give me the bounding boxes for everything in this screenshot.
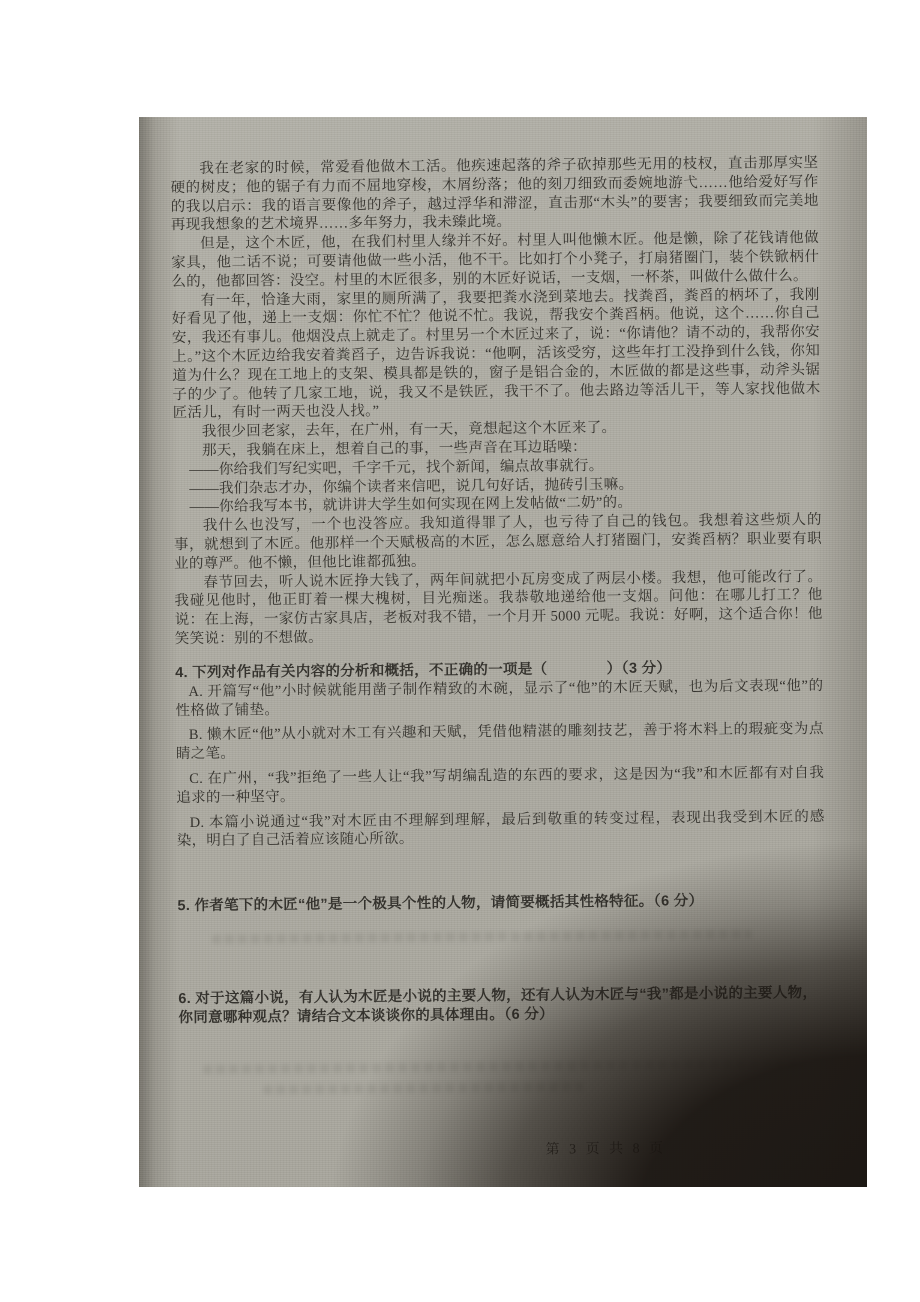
- bleed-through-smudge: [203, 1059, 803, 1074]
- passage-paragraph: 我在老家的时候，常爱看他做木工活。他疾速起落的斧子砍掉那些无用的枝杈，直击那厚实…: [170, 154, 819, 235]
- bleed-through-smudge: [263, 1082, 583, 1094]
- question-5: 5. 作者笔下的木匠“他”是一个极具个性的人物，请简要概括其性格特征。（6 分）: [177, 891, 825, 916]
- exam-page-content: 我在老家的时候，常爱看他做木工活。他疾速起落的斧子砍掉那些无用的枝杈，直击那厚实…: [170, 154, 826, 1028]
- passage-paragraph: 我什么也没写，一个也没答应。我知道得罪了人，也亏待了自己的钱包。我想着这些烦人的…: [174, 511, 823, 574]
- paper-tilt-wrapper: 我在老家的时候，常爱看他做木工活。他疾速起落的斧子砍掉那些无用的枝杈，直击那厚实…: [139, 117, 867, 1187]
- question-4-option-a: A. 开篇写“他”小时候就能用凿子制作精致的木碗，显示了“他”的木匠天赋，也为后…: [175, 677, 823, 721]
- question-5-stem: 5. 作者笔下的木匠“他”是一个极具个性的人物，请简要概括其性格特征。（6 分）: [177, 891, 825, 916]
- screenshot-canvas: 我在老家的时候，常爱看他做木工活。他疾速起落的斧子砍掉那些无用的枝杈，直击那厚实…: [0, 0, 920, 1302]
- exam-paper-photo: 我在老家的时候，常爱看他做木工活。他疾速起落的斧子砍掉那些无用的枝杈，直击那厚实…: [139, 117, 867, 1187]
- passage-paragraph: 有一年，恰逢大雨，家里的厕所满了，我要把粪水浇到菜地去。找粪舀，粪舀的柄坏了，我…: [172, 286, 821, 424]
- question-4: 4. 下列对作品有关内容的分析和概括，不正确的一项是（ ）（3 分） A. 开篇…: [175, 658, 825, 852]
- passage-paragraph: 但是，这个木匠，他，在我们村里人缘并不好。村里人叫他懒木匠。他是懒，除了花钱请他…: [171, 229, 820, 292]
- reading-passage: 我在老家的时候，常爱看他做木工活。他疾速起落的斧子砍掉那些无用的枝杈，直击那厚实…: [170, 154, 823, 649]
- page-number-footer: 第 3 页 共 8 页: [406, 1136, 806, 1160]
- question-6-stem: 6. 对于这篇小说，有人认为木匠是小说的主要人物，还有人认为木匠与“我”都是小说…: [178, 984, 826, 1028]
- passage-paragraph: 春节回去，听人说木匠挣大钱了，两年间就把小瓦房变成了两层小楼。我想，他可能改行了…: [174, 567, 823, 648]
- question-4-option-b: B. 懒木匠“他”从小就对木工有兴趣和天赋，凭借他精湛的雕刻技艺，善于将木料上的…: [176, 720, 824, 764]
- question-4-option-c: C. 在广州，“我”拒绝了一些人让“我”写胡编乱造的东西的要求，这是因为“我”和…: [176, 764, 824, 808]
- question-6: 6. 对于这篇小说，有人认为木匠是小说的主要人物，还有人认为木匠与“我”都是小说…: [178, 984, 826, 1028]
- question-4-option-d: D. 本篇小说通过“我”对木匠由不理解到理解，最后到敬重的转变过程，表现出我受到…: [177, 807, 825, 851]
